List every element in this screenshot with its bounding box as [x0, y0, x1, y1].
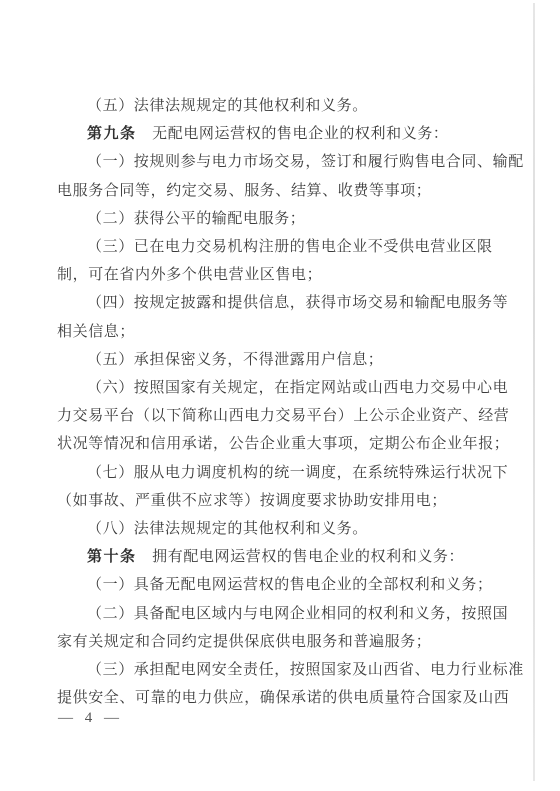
text-line: 相关信息；	[57, 318, 503, 346]
page-number: — 4 —	[58, 704, 123, 732]
text-line: 力交易平台（以下简称山西电力交易平台）上公示企业资产、经营	[57, 402, 503, 430]
article-number: 第十条	[87, 549, 137, 565]
text-line: （一）具备无配电网运营权的售电企业的全部权利和义务；	[57, 571, 503, 599]
text-line: （五）承担保密义务，不得泄露用户信息；	[57, 346, 503, 374]
text-line: （八）法律法规规定的其他权利和义务。	[57, 515, 503, 543]
text-line: （七）服从电力调度机构的统一调度，在系统特殊运行状况下	[57, 459, 503, 487]
text-line: （如事故、严重供不应求等）按调度要求协助安排用电；	[57, 487, 503, 515]
text-line: 提供安全、可靠的电力供应，确保承诺的供电质量符合国家及山西	[57, 684, 503, 712]
text-line: （六）按照国家有关规定，在指定网站或山西电力交易中心电	[57, 374, 503, 402]
text-line: 第九条 无配电网运营权的售电企业的权利和义务：	[57, 120, 503, 148]
scan-edge-line	[533, 3, 535, 781]
text-line: （一）按规则参与电力市场交易，签订和履行购售电合同、输配	[57, 148, 503, 176]
article-number: 第九条	[87, 126, 137, 142]
text-line: 第十条 拥有配电网运营权的售电企业的权利和义务：	[57, 543, 503, 571]
text-line: 电服务合同等，约定交易、服务、结算、收费等事项；	[57, 177, 503, 205]
text-line: （五）法律法规规定的其他权利和义务。	[57, 92, 503, 120]
text-line: （二）具备配电区域内与电网企业相同的权利和义务，按照国	[57, 600, 503, 628]
text-line: 状况等情况和信用承诺，公告企业重大事项，定期公布企业年报；	[57, 430, 503, 458]
text-line: （三）已在电力交易机构注册的售电企业不受供电营业区限	[57, 233, 503, 261]
text-line: 家有关规定和合同约定提供保底供电服务和普遍服务；	[57, 628, 503, 656]
document-page: （五）法律法规规定的其他权利和义务。第九条 无配电网运营权的售电企业的权利和义务…	[0, 0, 560, 791]
text-line: （二）获得公平的输配电服务；	[57, 205, 503, 233]
text-line: （四）按规定披露和提供信息，获得市场交易和输配电服务等	[57, 289, 503, 317]
document-body: （五）法律法规规定的其他权利和义务。第九条 无配电网运营权的售电企业的权利和义务…	[57, 92, 503, 712]
text-line: （三）承担配电网安全责任，按照国家及山西省、电力行业标准	[57, 656, 503, 684]
text-line: 制，可在省内外多个供电营业区售电；	[57, 261, 503, 289]
